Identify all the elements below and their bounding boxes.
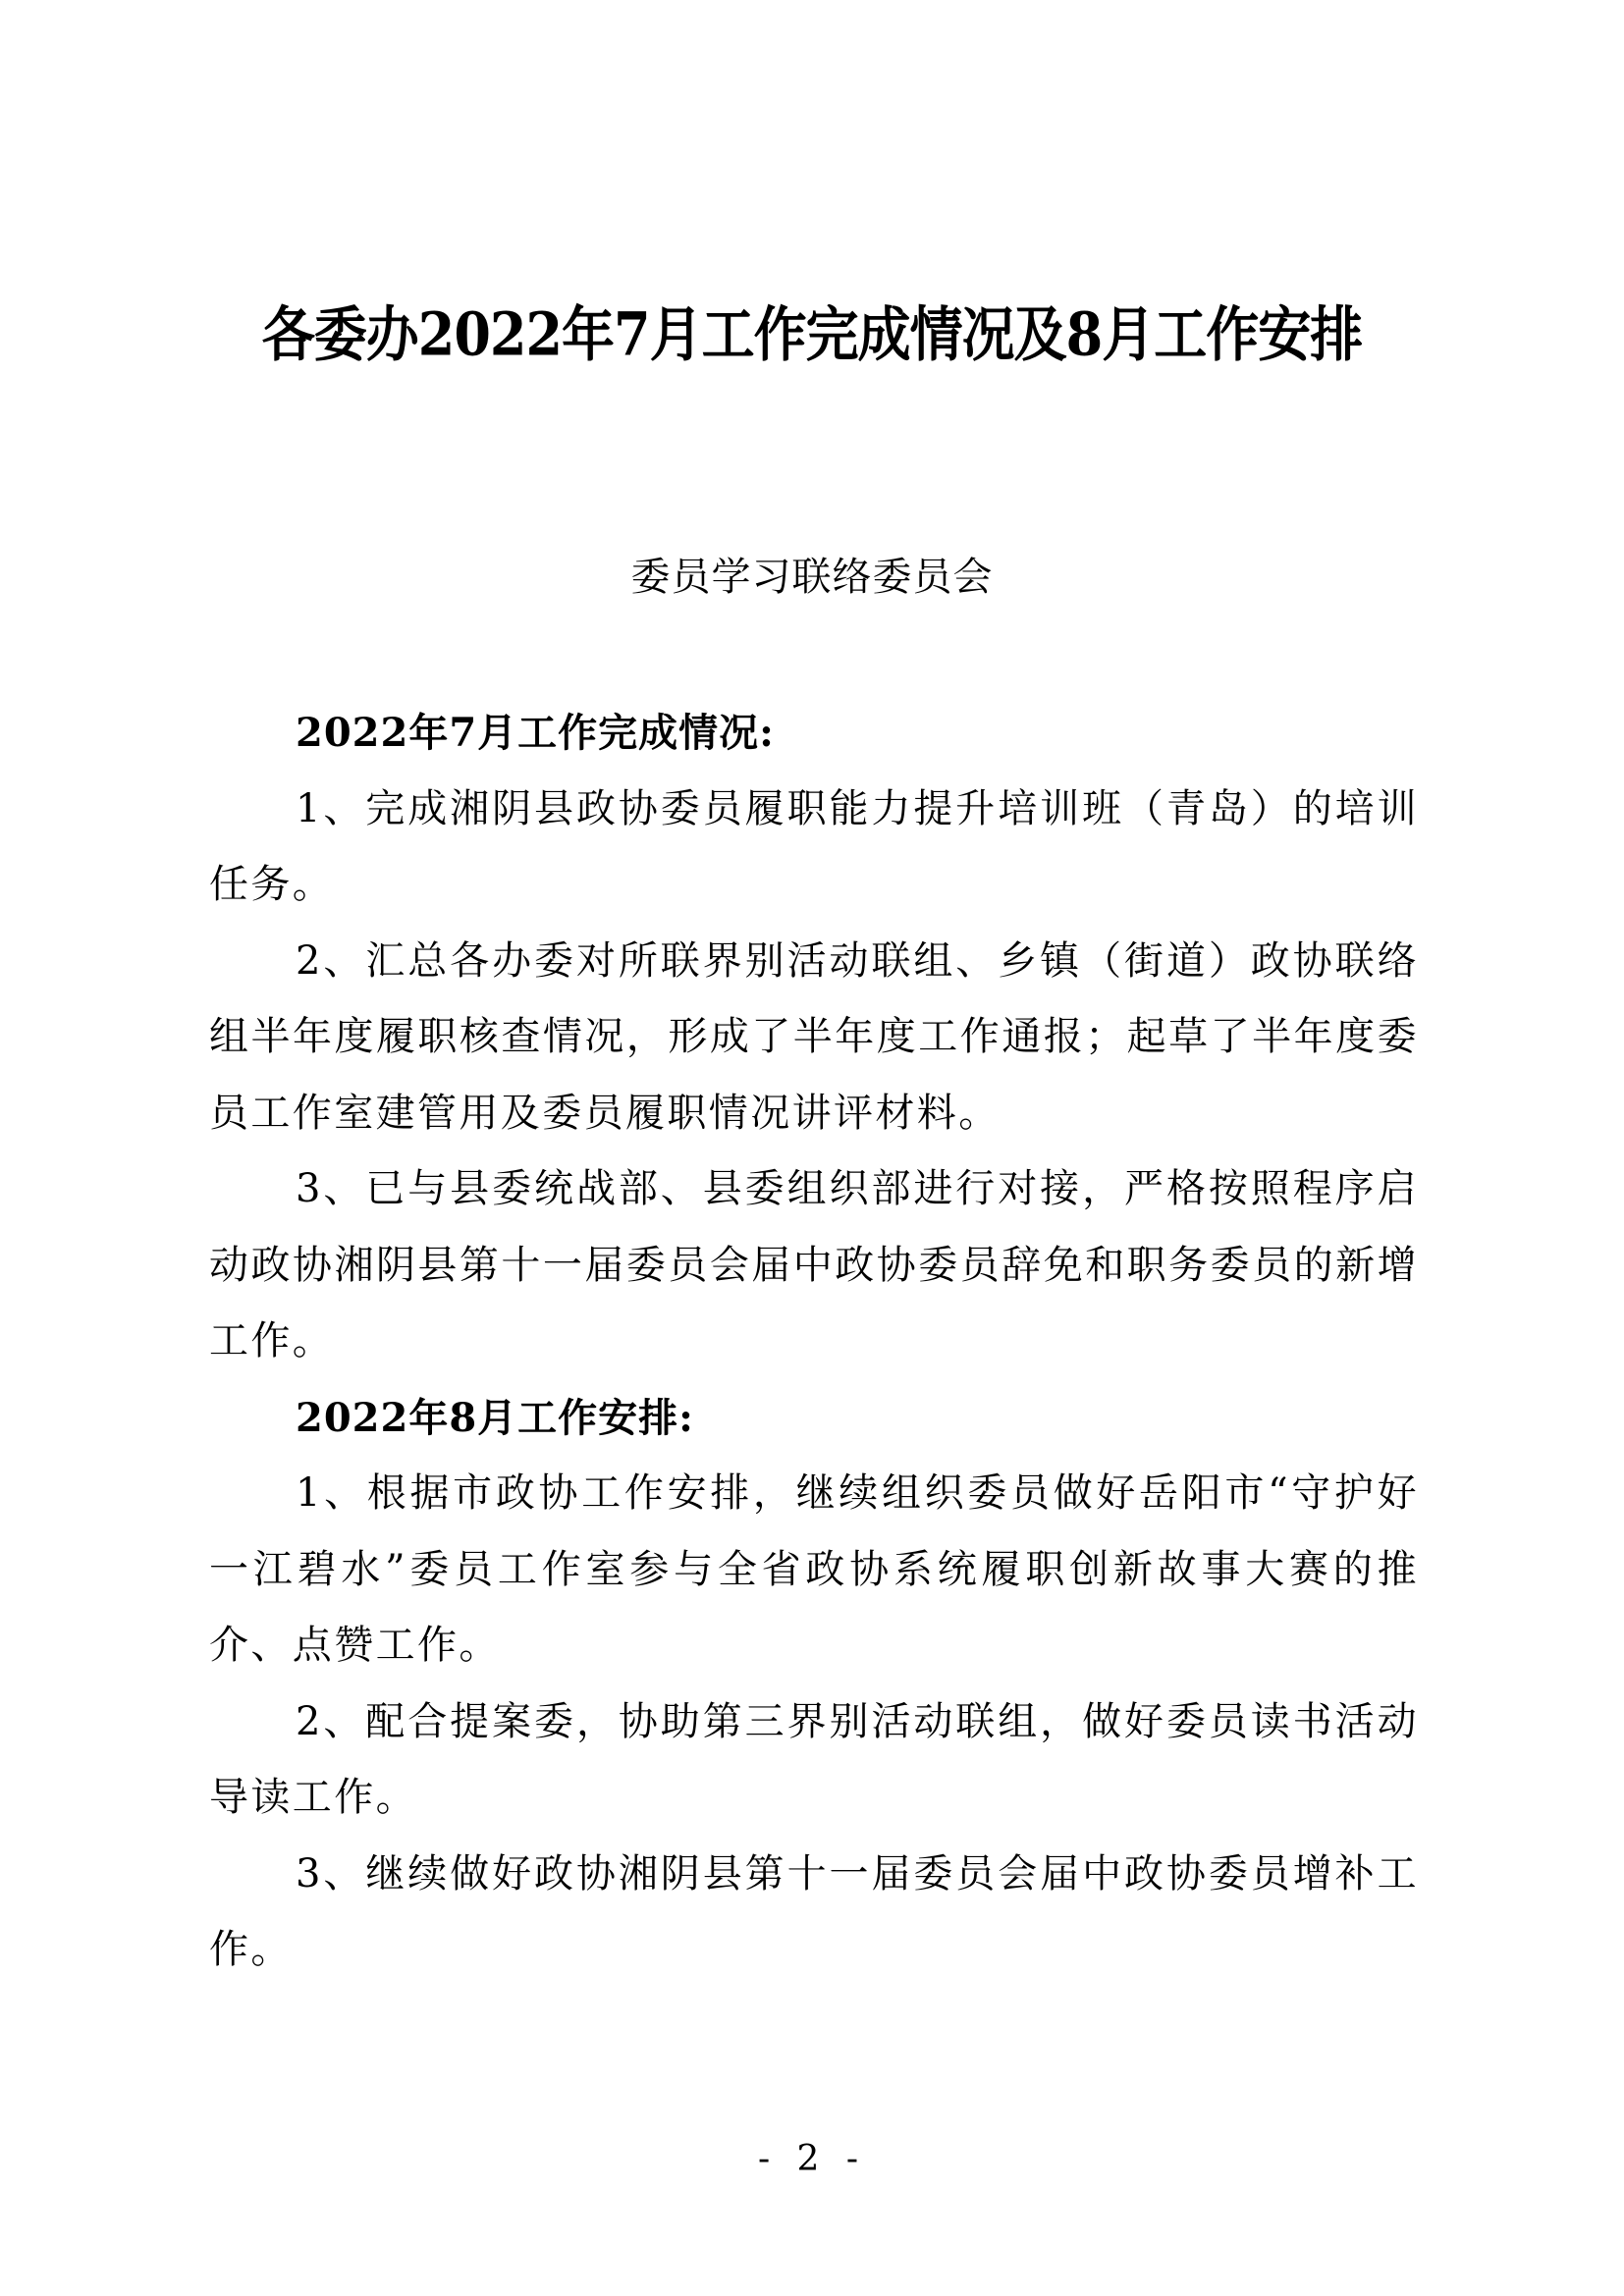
committee-name: 委员学习联络委员会 (0, 548, 1624, 607)
july-item-2: 2、汇总各办委对所联界别活动联组、乡镇（街道）政协联络组半年度履职核查情况，形成… (209, 924, 1419, 1152)
document-title: 各委办2022年7月工作完成情况及8月工作安排 (0, 290, 1624, 378)
document-body: 2022年7月工作完成情况: 1、完成湘阴县政协委员履职能力提升培训班（青岛）的… (209, 695, 1419, 1989)
august-item-2: 2、配合提案委，协助第三界别活动联组，做好委员读书活动导读工作。 (209, 1684, 1419, 1837)
section-heading-august: 2022年8月工作安排: (209, 1380, 1419, 1457)
august-item-3: 3、继续做好政协湘阴县第十一届委员会届中政协委员增补工作。 (209, 1837, 1419, 1989)
page-number: - 2 - (0, 2140, 1624, 2179)
july-item-1: 1、完成湘阴县政协委员履职能力提升培训班（青岛）的培训任务。 (209, 772, 1419, 924)
august-item-1: 1、根据市政协工作安排，继续组织委员做好岳阳市“守护好一江碧水”委员工作室参与全… (209, 1456, 1419, 1684)
july-item-3: 3、已与县委统战部、县委组织部进行对接，严格按照程序启动政协湘阴县第十一届委员会… (209, 1151, 1419, 1380)
section-heading-july: 2022年7月工作完成情况: (209, 695, 1419, 772)
document-page: 各委办2022年7月工作完成情况及8月工作安排 委员学习联络委员会 2022年7… (0, 0, 1624, 2296)
